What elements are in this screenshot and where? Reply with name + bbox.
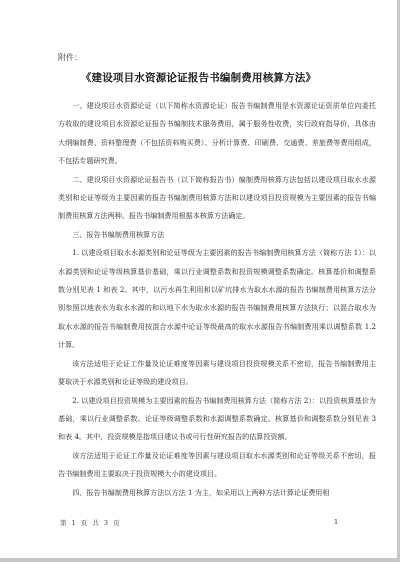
paragraph-method-1: 1. 以建设项目取水水源类别和论证等级为主要因素的报告书编制费用核算方法（简称方… (58, 244, 376, 354)
page-indicator: 第 1 页 共 3 页 (60, 518, 121, 527)
paragraph-1: 一、建设项目水资源论证（以下简称水资源论证）报告书编制费用是水资源论证资质单位向… (58, 97, 376, 171)
document-body: 一、建设项目水资源论证（以下简称水资源论证）报告书编制费用是水资源论证资质单位向… (58, 97, 376, 502)
paragraph-method-2: 2. 以建设项目投资规模为主要因素的报告书编制费用核算方法（简称方法 2）：以投… (58, 392, 376, 447)
paragraph-4: 四、报告书编制费用核算方法以方法 1 为主，如采用以上两种方法计算论证费用相 (58, 484, 376, 502)
paragraph-method-2-scope: 该方法适用于论证工作量及论证难度等因素与建设项目取水水源类别和论证等级关系不密切… (58, 447, 376, 484)
paragraph-method-1-scope: 该方法适用于论证工作量及论证难度等因素与建设项目投资规模关系不密切，报告书编制费… (58, 355, 376, 392)
page-number: 1 (334, 518, 338, 526)
document-page: 附件： 《建设项目水资源论证报告书编制费用核算方法》 一、建设项目水资源论证（以… (0, 0, 397, 558)
paragraph-2: 二、建设项目水资源论证报告书（以下简称报告书）编制费用核算方法包括以建设项目取水… (58, 171, 376, 226)
attachment-label: 附件： (58, 52, 82, 63)
document-title: 《建设项目水资源论证报告书编制费用核算方法》 (0, 70, 397, 85)
section-heading-3: 三、报告书编制费用核算方法 (58, 226, 376, 244)
